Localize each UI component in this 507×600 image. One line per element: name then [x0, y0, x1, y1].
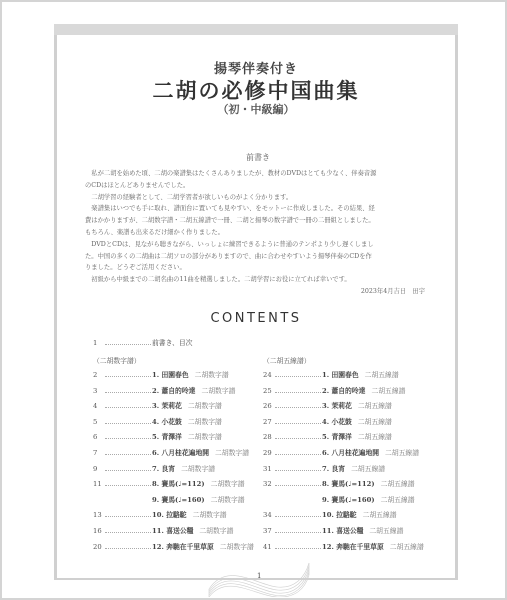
toc-section-heading: （二胡数字譜） [93, 355, 273, 369]
toc-entry[interactable]: 118. 賽馬(♩=112)二胡数字譜 [93, 478, 273, 494]
toc-entry[interactable]: 9. 賽馬(♩=160)二胡五線譜 [263, 494, 443, 510]
toc-leader-dots [275, 544, 321, 549]
toc-entry-notation-type: 二胡数字譜 [211, 494, 245, 504]
toc-page-number: 31 [263, 465, 275, 473]
toc-entry-title: 7. 良宵 [322, 463, 345, 473]
toc-leader-dots [105, 497, 151, 502]
toc-entry-title: 5. 青澤洋 [322, 431, 352, 441]
toc-entry[interactable]: 1310. 拉駱駝二胡数字譜 [93, 509, 273, 525]
toc-entry[interactable]: 21. 田園春色二胡数字譜 [93, 369, 273, 385]
preface-line: た。中国の多くの二胡曲は二胡ソロの部分がありますので、曲に合わせやすいよう揚琴伴… [85, 251, 431, 263]
preface-line: 私が二胡を始めた頃、二胡の楽譜集はたくさんありましたが、教材のDVDはとても少な… [85, 168, 431, 180]
toc-leader-dots [105, 466, 151, 471]
toc-entry-notation-type: 二胡五線譜 [381, 478, 415, 488]
toc-entry[interactable]: 274. 小花鼓二胡五線譜 [263, 416, 443, 432]
preface-line: DVDとCDは、見ながら聴きながら、いっしょに練習できるように普通のテンポより少… [85, 239, 431, 251]
toc-entry-notation-type: 二胡数字譜 [195, 369, 229, 379]
toc-entry-notation-type: 二胡数字譜 [188, 416, 222, 426]
book-edition: （初・中級編） [57, 103, 455, 117]
toc-entry[interactable]: 1611. 喜送公糧二胡数字譜 [93, 525, 273, 541]
preface-line: 費はかかりますが、二胡数字譜・二胡五線譜で一冊、二胡と揚琴の数字譜で一冊の二冊組… [85, 215, 431, 227]
toc-entry-notation-type: 二胡数字譜 [215, 447, 249, 457]
toc-leader-dots [275, 388, 321, 393]
toc-entry-title: 7. 良宵 [152, 463, 175, 473]
toc-entry-title: 10. 拉駱駝 [152, 509, 187, 519]
toc-entry-title: 2. 蕭自的呤達 [322, 385, 365, 395]
toc-page-number: 11 [93, 480, 105, 488]
page-top-bar [54, 24, 458, 35]
toc-entry[interactable]: 32. 蕭自的呤達二胡数字譜 [93, 385, 273, 401]
toc-page-number: 29 [263, 449, 275, 457]
toc-entry[interactable]: 43. 茉莉花二胡数字譜 [93, 400, 273, 416]
toc-page-number: 2 [93, 371, 105, 379]
toc-column-numbered-notation: （二胡数字譜） 21. 田園春色二胡数字譜32. 蕭自的呤達二胡数字譜43. 茉… [93, 355, 273, 556]
toc-entry-notation-type: 二胡五線譜 [351, 463, 385, 473]
toc-entry-title: 2. 蕭自的呤達 [152, 385, 195, 395]
toc-page-number: 9 [93, 465, 105, 473]
preface-line: のCDはほとんどありませんでした。 [85, 180, 431, 192]
toc-entry-notation-type: 二胡数字譜 [188, 431, 222, 441]
toc-entry-notation-type: 二胡数字譜 [188, 400, 222, 410]
toc-entry-title: 11. 喜送公糧 [152, 525, 193, 535]
toc-entry[interactable]: 65. 青澤洋二胡数字譜 [93, 431, 273, 447]
toc-entry[interactable]: 3711. 喜送公糧二胡五線譜 [263, 525, 443, 541]
toc-entry-notation-type: 二胡数字譜 [211, 478, 245, 488]
toc-page-number: 27 [263, 418, 275, 426]
toc-page-number: 34 [263, 511, 275, 519]
toc-entry-title: 前書き、目次 [152, 337, 193, 347]
toc-leader-dots [275, 403, 321, 408]
toc-page-number: 37 [263, 527, 275, 535]
toc-leader-dots [275, 512, 321, 517]
preface-line: 二胡学習の経験者として、二胡学習者が欲しいものがよく分かります。 [85, 192, 431, 204]
page-number: 1 [257, 572, 261, 580]
toc-page-number: 26 [263, 402, 275, 410]
toc-entry-title: 1. 田園春色 [152, 369, 189, 379]
toc-entry-title: 1. 田園春色 [322, 369, 359, 379]
toc-entry-title: 9. 賽馬(♩=160) [322, 494, 375, 504]
toc-entry-title: 8. 賽馬(♩=112) [322, 478, 375, 488]
toc-entry[interactable]: 54. 小花鼓二胡数字譜 [93, 416, 273, 432]
toc-entry[interactable]: 241. 田園春色二胡五線譜 [263, 369, 443, 385]
toc-entry[interactable]: 296. 八月桂花遍地開二胡五線譜 [263, 447, 443, 463]
toc-leader-dots [105, 512, 151, 517]
toc-entry-notation-type: 二胡五線譜 [363, 509, 397, 519]
toc-leader-dots [105, 450, 151, 455]
toc-leader-dots [105, 434, 151, 439]
toc-entry-title: 8. 賽馬(♩=112) [152, 478, 205, 488]
toc-column-staff-notation: （二胡五線譜） 241. 田園春色二胡五線譜252. 蕭自的呤達二胡五線譜263… [263, 355, 443, 556]
toc-entry[interactable]: 328. 賽馬(♩=112)二胡五線譜 [263, 478, 443, 494]
toc-entry-notation-type: 二胡五線譜 [390, 541, 424, 551]
book-title: 二胡の必修中国曲集 [57, 78, 455, 103]
toc-page-number: 3 [93, 387, 105, 395]
toc-entry[interactable]: 4112. 奔馳在千里草原二胡五線譜 [263, 541, 443, 557]
toc-entry-notation-type: 二胡五線譜 [358, 431, 392, 441]
toc-leader-dots [275, 497, 321, 502]
toc-entry-notation-type: 二胡数字譜 [220, 541, 254, 551]
preface-section: 前書き 私が二胡を始めた頃、二胡の楽譜集はたくさんありましたが、教材のDVDはと… [85, 152, 431, 298]
toc-entry-notation-type: 二胡五線譜 [381, 494, 415, 504]
toc-entry[interactable]: 76. 八月桂花遍地開二胡数字譜 [93, 447, 273, 463]
toc-entry-notation-type: 二胡五線譜 [385, 447, 419, 457]
document-page: 揚琴伴奏付き 二胡の必修中国曲集 （初・中級編） 前書き 私が二胡を始めた頃、二… [54, 24, 458, 580]
toc-leader-dots [105, 388, 151, 393]
toc-entry[interactable]: 252. 蕭自的呤達二胡五線譜 [263, 385, 443, 401]
toc-page-number: 28 [263, 433, 275, 441]
toc-entry-title: 4. 小花鼓 [322, 416, 352, 426]
book-subtitle: 揚琴伴奏付き [57, 62, 455, 78]
toc-entry[interactable]: 263. 茉莉花二胡五線譜 [263, 400, 443, 416]
preface-line: 初級から中級までの二胡名曲の11曲を精選しました。二胡学習にお役に立てれば幸いで… [85, 274, 431, 286]
toc-leader-dots [275, 372, 321, 377]
toc-page-number: 25 [263, 387, 275, 395]
document-viewer-frame: 揚琴伴奏付き 二胡の必修中国曲集 （初・中級編） 前書き 私が二胡を始めた頃、二… [0, 0, 507, 600]
toc-entry-notation-type: 二胡五線譜 [358, 400, 392, 410]
contents-title: CONTENTS [57, 311, 455, 326]
toc-leader-dots [275, 419, 321, 424]
toc-page-number: 13 [93, 511, 105, 519]
toc-entry-notation-type: 二胡数字譜 [199, 525, 233, 535]
toc-entry[interactable]: 3410. 拉駱駝二胡五線譜 [263, 509, 443, 525]
toc-entry-notation-type: 二胡五線譜 [365, 369, 399, 379]
toc-leader-dots [275, 528, 321, 533]
toc-section-heading: （二胡五線譜） [263, 355, 443, 369]
toc-entry[interactable]: 285. 青澤洋二胡五線譜 [263, 431, 443, 447]
toc-entry-title: 6. 八月桂花遍地開 [322, 447, 379, 457]
toc-page-number: 20 [93, 543, 105, 551]
toc-entry-title: 6. 八月桂花遍地開 [152, 447, 209, 457]
toc-page-number: 16 [93, 527, 105, 535]
toc-entry[interactable]: 317. 良宵二胡五線譜 [263, 463, 443, 479]
toc-leader-dots [105, 403, 151, 408]
toc-entry-title: 9. 賽馬(♩=160) [152, 494, 205, 504]
toc-entry-title: 3. 茉莉花 [152, 400, 182, 410]
toc-entry[interactable]: 2012. 奔馳在千里草原二胡数字譜 [93, 541, 273, 557]
toc-leader-dots [105, 372, 151, 377]
toc-page-number: 7 [93, 449, 105, 457]
toc-entry-title: 11. 喜送公糧 [322, 525, 363, 535]
toc-leader-dots [105, 481, 151, 486]
toc-page-number: 24 [263, 371, 275, 379]
toc-page-number: 32 [263, 480, 275, 488]
toc-entry-preface[interactable]: 1 前書き、目次 [93, 337, 193, 353]
toc-entry-notation-type: 二胡数字譜 [181, 463, 215, 473]
preface-line: 楽譜集はいつでも手に取れ、譜面台に置いても見やすい、をモットーに作成しました。そ… [85, 203, 431, 215]
preface-heading: 前書き [85, 152, 431, 163]
toc-entry-title: 10. 拉駱駝 [322, 509, 357, 519]
toc-leader-dots [275, 481, 321, 486]
toc-page-number: 5 [93, 418, 105, 426]
toc-entry-title: 12. 奔馳在千里草原 [152, 541, 214, 551]
toc-entry-notation-type: 二胡数字譜 [201, 385, 235, 395]
title-block: 揚琴伴奏付き 二胡の必修中国曲集 （初・中級編） [57, 62, 455, 117]
toc-page-number: 6 [93, 433, 105, 441]
toc-leader-dots [105, 528, 151, 533]
toc-entry-title: 3. 茉莉花 [322, 400, 352, 410]
toc-entry[interactable]: 9. 賽馬(♩=160)二胡数字譜 [93, 494, 273, 510]
toc-leader-dots [275, 450, 321, 455]
toc-entry-title: 4. 小花鼓 [152, 416, 182, 426]
toc-entry-notation-type: 二胡数字譜 [193, 509, 227, 519]
preface-line: りました。どうぞご活用ください。 [85, 262, 431, 274]
preface-signature: 2023年4月吉日 田宇 [85, 286, 431, 298]
toc-page-number: 4 [93, 402, 105, 410]
toc-leader-dots [105, 544, 151, 549]
toc-entry[interactable]: 97. 良宵二胡数字譜 [93, 463, 273, 479]
toc-entry-notation-type: 二胡五線譜 [358, 416, 392, 426]
toc-leader-dots [105, 419, 151, 424]
toc-page-number: 41 [263, 543, 275, 551]
toc-leader-dots [105, 340, 151, 345]
toc-leader-dots [275, 466, 321, 471]
toc-entry-title: 12. 奔馳在千里草原 [322, 541, 384, 551]
toc-page-number: 1 [93, 339, 105, 347]
preface-body: 私が二胡を始めた頃、二胡の楽譜集はたくさんありましたが、教材のDVDはとても少な… [85, 168, 431, 286]
toc-entry-notation-type: 二胡五線譜 [369, 525, 403, 535]
toc-leader-dots [275, 434, 321, 439]
toc-entry-title: 5. 青澤洋 [152, 431, 182, 441]
toc-entry-notation-type: 二胡五線譜 [371, 385, 405, 395]
preface-line: もちろん、楽譜も出来るだけ細かく作りました。 [85, 227, 431, 239]
